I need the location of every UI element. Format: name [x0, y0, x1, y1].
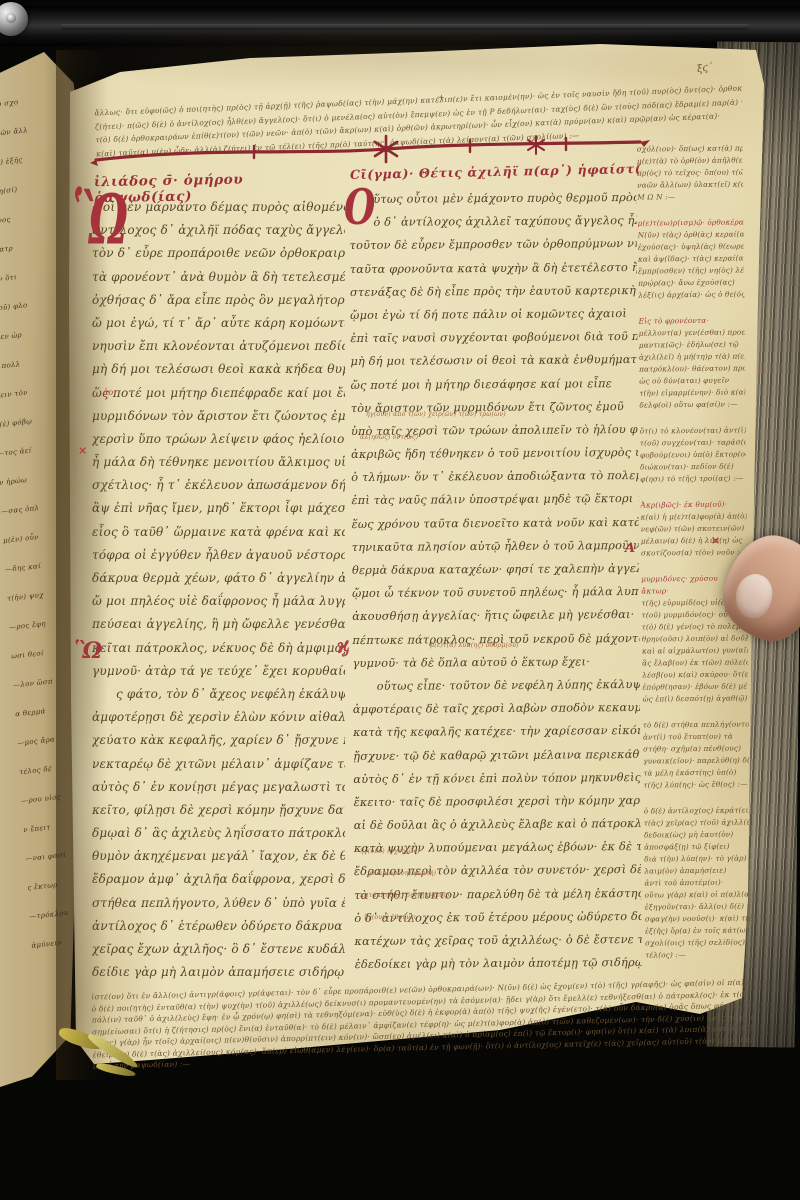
- text-line: κεῖτο, φίλῃσι δὲ χερσὶ κόμην ᾔσχυνε δαΐζ…: [92, 799, 345, 822]
- text-line: οὕτω γ(ὰρ) κ(αὶ) οἱ π(α)λ(αιοὶ): [645, 888, 751, 901]
- text-line: τὰ μέλη ἑκάστ(ης) ὑπ(ὸ): [643, 766, 749, 779]
- text-line: ἀντ(ὶ) τοῦ ἔτυπτ(ον) τὰ: [643, 730, 749, 743]
- text-line: στήθεα πεπλήγοντο, λύθεν δ᾽ ὑπὸ γυῖα ἑκά…: [92, 892, 345, 915]
- text-line: τὰ στήθη ἔτυπτον· παρελύθη δὲ τὰ μέλη ἑκ…: [354, 882, 641, 907]
- text-line: τ(ὰς) χεῖρ(ας) τ(οῦ) ἀχιλλ(έως): [644, 816, 750, 829]
- homeric-text-column: ς οἱ μὲν μάρναντο δέμας πυρὸς αἰθομένοιο…: [92, 196, 345, 984]
- text-line: ἔδραμον ἀμφ᾽ ἀχιλῆα δαΐφρονα, χερσὶ δὲ π…: [92, 868, 345, 891]
- text-line: θυμὸν ἀκηχέμεναι μεγάλ᾽ ἴαχον, ἐκ δὲ θύρ…: [92, 845, 345, 868]
- text-line: αὐτὸς δ᾽ ἐν κονίῃσι μέγας μεγαλωστὶ τανυ…: [92, 776, 345, 799]
- text-line: μαντικ(ῶς)· ἐδήλω(σε) τῷ: [639, 338, 745, 351]
- text-line: σκοτίζουσ(α) τ(ὸν) νοῦν :—: [641, 546, 747, 559]
- cradle-rail-slit: [60, 24, 750, 30]
- text-line: στήθη· σχῆμ(α) πένθ(ους): [643, 742, 749, 755]
- text-line: ὑπὸ ταῖς χερσὶ τῶν τρώων ἀπολιπεῖν τὸ ἡλ…: [351, 418, 638, 443]
- text-line: λαιμ(ὸν) ἀπαμήσ(ειε): [644, 864, 750, 877]
- text-line: μ(ε)τ(εω)ρ(ισμ)ῷ· ὀρθοκέραιρα·: [637, 216, 743, 229]
- text-line: τὸ δ(ὲ) στήθεα πεπλήγ(οντο): [643, 718, 749, 731]
- text-line: καὶ ἁψ(ῖδας)· τ(ὰς) κεραί(ας) τὸ: [638, 252, 744, 265]
- text-line: ἔδραμον περὶ τὸν ἀχιλλέα τὸν συνετόν· χε…: [354, 858, 641, 883]
- text-line: ἐξηγοῦν(ται)· ἄλλ(οι) δ(ὲ) τ(ὴν): [645, 900, 751, 913]
- text-line: τὸν δ᾽ εὗρε προπάροιθε νεῶν ὀρθοκραιράων…: [92, 242, 345, 265]
- text-line: λέσβ(ου) κ(αὶ) σκύρου· ὅτ(ε): [642, 668, 748, 681]
- text-line: [638, 300, 744, 315]
- text-line: ς φάτο, τὸν δ᾽ ἄχεος νεφέλη ἐκάλυψε μέλα…: [92, 683, 345, 706]
- text-line: ἑξ(ῆς) ὅρ(α) ἐν τοῖς κάτ(ω): [645, 924, 751, 937]
- text-line: χεῖρας ἔχων ἀχιλῆος· ὃ δ᾽ ἔστενε κυδάλιμ…: [92, 938, 345, 961]
- text-line: Μ Ω Ν :—: [637, 190, 743, 203]
- text-line: ὅτ(ι) τὸ κλονέον(ται) ἀντ(ὶ): [640, 424, 746, 437]
- text-line: κ(αὶ) ἡ μ(ε)τ(α)φορ(ὰ) ἀπ(ὸ) τ(ῶν): [641, 510, 747, 523]
- text-line: καὶ αἱ αἰχμάλωτ(οι) γυν(αῖκες): [642, 644, 748, 657]
- paraphrase-text-column: ὕτως οὗτοι μὲν ἐμάχοντο πυρὸς θερμοῦ πρὸ…: [349, 186, 641, 976]
- text-line: δείδιε γὰρ μὴ λαιμὸν ἀπαμήσειε σιδήρῳ·: [92, 961, 345, 984]
- text-line: τ(ὸ) δ(ὲ) γέν(ος) τὸ πολεμικ(όν): [642, 620, 748, 633]
- text-line: τὸν ἄριστον τῶν μυρμιδόνων ἔτι ζῶντος ἐμ…: [351, 395, 638, 420]
- text-line: κατὰ τῆς κεφαλῆς κατέχεε· τὴν χαρίεσσαν …: [353, 719, 640, 744]
- text-line: τηνικαῦτα πλησίον αὐτῷ ἦλθεν ὁ τοῦ λαμπρ…: [352, 534, 639, 559]
- text-line: διώκον(ται)· πεδίον δ(έ): [640, 460, 746, 473]
- text-line: νεφ(ῶν) τ(ῶν) σκοτειν(ῶν): [641, 522, 747, 535]
- text-line: ὁ δ(ὲ) ἀντίλοχ(ος) ἐκράτ(ει): [644, 804, 750, 817]
- text-line: τ(οῦ) συγχέον(ται)· ταράσ(σονται): [640, 436, 746, 449]
- text-line: μὴ δή μοι τελέσωσιν οἱ θεοὶ τὰ κακὰ ἐνθυ…: [350, 348, 637, 373]
- text-line: τ(ὴν) εἱμαρμ(ένην)· διὸ κ(αὶ): [639, 386, 745, 399]
- text-line: ὡς ἐπ(ὶ) δεσπότ(ῃ) ἀγαθ(ῷ) :—: [642, 692, 748, 705]
- text-line: κατέχων τὰς χεῖρας τοῦ ἀχιλλέως· ὁ δὲ ἔσ…: [354, 928, 641, 953]
- text-line: μυρμιδόνων τὸν ἄριστον ἔτι ζώοντος ἐμεῖο: [92, 405, 345, 428]
- text-line: γυναικ(εῖον)· παρελύθ(η) δ(ὲ): [643, 754, 749, 767]
- text-line: μὴ δή μοι τελέσωσι θεοὶ κακὰ κήδεα θυμῷ·: [92, 358, 345, 381]
- text-line: δάκρυα θερμὰ χέων, φάτο δ᾽ ἀγγελίην ἀλεγ…: [92, 567, 345, 590]
- manuscript-photo-scene: —ων τὸ σχοκ(αὶ) τῶν ἄλλ—θ(εν) ἑξῆςται φη…: [0, 0, 800, 1200]
- text-line: πέπτωκε πάτροκλος· περὶ τοῦ νεκροῦ δὲ μά…: [352, 627, 639, 652]
- text-line: γυμνοῦ· ἀτὰρ τά γε τεύχε᾽ ἔχει κορυθαίολ…: [92, 660, 345, 683]
- text-line: θερμὰ δάκρυα καταχέων· φησί τε χαλεπὴν ἀ…: [352, 557, 639, 582]
- text-line: ἦ μάλα δὴ τέθνηκε μενοιτίου ἄλκιμος υἱὸς: [92, 451, 345, 474]
- text-line: Ν(ῦν) τ(ὰς) ὀρθ(ὰς) κεραί(ας): [638, 228, 744, 241]
- text-line: τοῦτον δὲ εὗρεν ἔμπροσθεν τῶν ὀρθοπρύμνω…: [350, 232, 637, 257]
- text-line: ὤ μοι πηλέος υἱὲ δαΐφρονος ἦ μάλα λυγρῆς: [92, 590, 345, 613]
- text-line: ᾤμοι ἐγὼ τί δή ποτε πάλιν οἱ κομῶντες ἀχ…: [350, 302, 637, 327]
- text-line: ὁ τλήμων· ὅν τ᾽ ἐκέλευον ἀποδιώξαντα τὸ …: [351, 464, 638, 489]
- text-line: ἃς ἔλαβ(ον) ἐκ τ(ῶν) πόλε(ων): [642, 656, 748, 669]
- text-line: αἱ δὲ δοῦλαι ἃς ὁ ἀχιλλεὺς ἔλαβε καὶ ὁ π…: [354, 812, 641, 837]
- text-line: ταῦτα φρονοῦντα κατὰ ψυχὴν ἃ δὴ ἐτετέλεσ…: [350, 256, 637, 281]
- text-line: ἀντὶ τοῦ ἀποτέμ(οι)·: [644, 876, 750, 889]
- text-line: [637, 202, 743, 217]
- text-line: ἕως χρόνου ταῦτα διενοεῖτο κατὰ νοῦν καὶ…: [352, 511, 639, 536]
- text-line: ὡς οὐ δύν(αται) φυγεῖν: [639, 374, 745, 387]
- text-line: ναῶν ἄλλ(ων) ὑλακτ(εῖ) κ(αὶ): [637, 178, 743, 191]
- text-line: ἐπὶ ταῖς ναυσὶ συγχέονται φοβούμενοι διὰ…: [350, 325, 637, 350]
- text-line: [640, 484, 746, 499]
- text-line: τόφρα οἱ ἐγγύθεν ἦλθεν ἀγαυοῦ νέστορος υ…: [92, 544, 345, 567]
- text-line: ὕτως οὗτοι μὲν ἐμάχοντο πυρὸς θερμοῦ πρὸ…: [349, 186, 636, 211]
- cradle-knob-bolt-icon: [6, 13, 16, 23]
- text-line: ἐδεδοίκει γὰρ μὴ τὸν λαιμὸν ἀποτέμῃ τῷ σ…: [355, 951, 642, 976]
- text-line: τὰ φρονέοντ᾽ ἀνὰ θυμὸν ἃ δὴ τετελεσμένα …: [92, 266, 345, 289]
- text-line: φ(ησι) τὸ τ(ῆς) τροί(ας) :—: [640, 472, 746, 485]
- text-line: ἐπὶ τὰς ναῦς πάλιν ὑποστρέψαι μηδὲ τῷ ἕκ…: [351, 487, 638, 512]
- text-line: δεδοικ(ὼς) μὴ ἑαυτ(ὸν): [644, 828, 750, 841]
- text-line: ἀποσφάξ(ῃ) τῷ ξίφ(ει): [644, 840, 750, 853]
- text-line: ὁ δ᾽ ἀντίλοχος ἀχιλλεῖ ταχύπους ἄγγελος …: [349, 209, 636, 234]
- text-line: σχολί(οις) τ(ῆς) σελίδ(ος): [645, 936, 751, 949]
- text-line: ᾤμοι ὦ τέκνον τοῦ συνετοῦ πηλέως· ἦ μάλα…: [352, 580, 639, 605]
- text-line: στενάξας δὲ δὴ εἶπε πρὸς τὴν ἑαυτοῦ καρτ…: [350, 279, 637, 304]
- text-line: κεῖται πάτροκλος, νέκυος δὲ δὴ ἀμφιμάχον…: [92, 637, 345, 660]
- text-line: ἀχιλ(λεῖ) ἡ μή(τη)ρ τ(ὰ) π(ε)ρ(ὶ) τ(οῦ): [639, 350, 745, 363]
- text-line: πατρόκλ(ου)· θά(νατον) προλέγ(ουσα): [639, 362, 745, 375]
- text-line: ᾔσχυνε· τῷ δὲ καθαρῷ χιτῶνι μέλαινα περι…: [353, 742, 640, 767]
- text-line: πεύσεαι ἀγγελίης, ἣ μὴ ὤφελλε γενέσθαι·: [92, 613, 345, 636]
- text-line: ἀντίλοχος δ᾽ ἑτέρωθεν ὀδύρετο δάκρυα λεί…: [92, 915, 345, 938]
- text-line: ς οἱ μὲν μάρναντο δέμας πυρὸς αἰθομένοιο…: [92, 196, 345, 219]
- text-line: ἀντίλοχος δ᾽ ἀχιλῆϊ πόδας ταχὺς ἄγγελος …: [92, 219, 345, 242]
- text-line: σχόλ(ιον)· ὅπ(ως) κατ(ὰ) πρ(ᾶξιν): [637, 142, 743, 155]
- right-margin-scholia: σχόλ(ιον)· ὅπ(ως) κατ(ὰ) πρ(ᾶξιν)μ(ε)τ(ὰ…: [637, 142, 752, 961]
- text-line: κατὰ ψυχὴν λυπούμεναι μεγάλως ἐβόων· ἐκ …: [354, 835, 641, 860]
- text-line: ὥς ποτέ μοι ἡ μήτηρ διεσάφησε καί μοι εἶ…: [351, 372, 638, 397]
- text-line: ἀμφοτέρῃσι δὲ χερσὶν ἑλὼν κόνιν αἰθαλόεσ…: [92, 706, 345, 729]
- text-line: πρ(ὸς) τὸ τεῖχος· ὅπ(ου) τ(ῶν): [637, 166, 743, 179]
- text-line: λέξ(ις) ἀρχ(αία)· ὡς ὁ θε(ός): [638, 288, 744, 301]
- text-line: ὤ μοι ἐγώ, τί τ᾽ ἄρ᾽ αὖτε κάρη κομόωντες…: [92, 312, 345, 335]
- text-line: νεκταρέῳ δὲ χιτῶνι μέλαιν᾽ ἀμφίζανε τέφρ…: [92, 753, 345, 776]
- text-line: ἔμπρ(οσθεν) τ(ῆς) νη(ὸς) λέγ(ουσι): [638, 264, 744, 277]
- text-line: ἂψ ἐπὶ νῆας ἴμεν, μηδ᾽ ἕκτορι ἶφι μάχεσθ…: [92, 497, 345, 520]
- text-line: δελφ(οὶ) οὕτω φα(σί)ν :—: [639, 398, 745, 411]
- text-line: χερσὶν ὕπο τρώων λείψειν φάος ἠελίοιο·: [92, 428, 345, 451]
- text-line: τέλ(ος) :—: [645, 948, 751, 961]
- text-line: σφαγ(ὴν) νοοῦσ(ι)· κ(αὶ) τ(ὰ): [645, 912, 751, 925]
- text-line: ὥς ποτέ μοι μήτηρ διεπέφραδε καί μοι ἔει…: [92, 382, 345, 405]
- text-line: μέλαιν(α) δ(ὲ) ἡ λύπ(η) ὡς: [641, 534, 747, 547]
- text-line: ὀχθήσας δ᾽ ἄρα εἶπε πρὸς ὃν μεγαλήτορα θ…: [92, 289, 345, 312]
- text-line: [643, 704, 749, 719]
- text-line: φοβούμ(ενοι) ὑπ(ὸ) ἕκτορ(ος): [640, 448, 746, 461]
- text-line: ἐχούσ(ας)· ὑψηλ(ὰς) θ(εωρεῖ) πρ(ός): [638, 240, 744, 253]
- text-line: αὐτὸς δ᾽ ἐν τῇ κόνει ἐπὶ πολὺν τόπον μηκ…: [353, 766, 640, 791]
- text-line: μ(ε)τ(ὰ) τὸ ὀρθ(ὸν) ἀπῆλθ(ε): [637, 154, 743, 167]
- text-line: χεύατο κὰκ κεφαλῆς, χαρίεν δ᾽ ᾔσχυνε πρό…: [92, 729, 345, 752]
- text-line: τ(ῆς) λύπ(ης)· ὡς ἔθ(ος) :—: [643, 778, 749, 791]
- text-line: Εἰς τὸ φρονέοντα·: [639, 314, 745, 327]
- text-line: εἷος ὃ ταῦθ᾽ ὥρμαινε κατὰ φρένα καὶ κατὰ…: [92, 521, 345, 544]
- text-line: ἐπόρθ(ησαν)· ἐβόων δ(ὲ) μέγ(α): [642, 680, 748, 693]
- text-line: ἀκουσθήσῃ ἀγγελίας· ἥτις ὤφειλε μὴ γενέσ…: [352, 603, 639, 628]
- text-line: νηυσὶν ἔπι κλονέονται ἀτυζόμενοι πεδίοιο…: [92, 335, 345, 358]
- text-line: ὁ δ᾽ ἀντίλοχος ἐκ τοῦ ἑτέρου μέρους ὠδύρ…: [354, 905, 641, 930]
- text-line: ἀμφοτέραις δὲ ταῖς χερσὶ λαβὼν σποδὸν κε…: [353, 696, 640, 721]
- text-line: πρῴρ(ας)· ἄνω ἐχούσ(ας): [638, 276, 744, 289]
- text-line: σχέτλιος· ἦ τ᾽ ἐκέλευον ἀπωσάμενον δήϊον…: [92, 474, 345, 497]
- text-line: ἔκειτο· ταῖς δὲ προσφιλέσι χερσὶ τὴν κόμ…: [353, 789, 640, 814]
- text-line: μέλλοντ(α) γεν(έσθαι) προεῖδ(ε): [639, 326, 745, 339]
- text-line: οὕτως εἶπε· τοῦτον δὲ νεφέλη λύπης ἐκάλυ…: [353, 673, 640, 698]
- text-line: [644, 790, 750, 805]
- text-line: Ἀκρ(ιβῶς)· ἐκ θυμ(οῦ)·: [640, 498, 746, 511]
- text-line: δμῳαὶ δ᾽ ἃς ἀχιλεὺς ληΐσσατο πάτροκλός τ…: [92, 822, 345, 845]
- text-line: διὰ τ(ὴν) λύπ(ην)· τὸ γ(ὰρ): [644, 852, 750, 865]
- text-line: [640, 410, 746, 425]
- text-line: θρην(οῦσι) λοιπ(ὸν) αἱ δοῦλ(αι): [642, 632, 748, 645]
- text-line: γυμνοῦ· τὰ δὲ ὅπλα αὐτοῦ ὁ ἕκτωρ ἔχει·: [352, 650, 639, 675]
- bottom-margin-scholia: ἰστέ(ον) ὅτι ἐν ἄλλ(οις) ἀντιγρ(άφοις) γ…: [91, 977, 753, 1072]
- text-line: ἀκριβῶς ἤδη τέθνηκεν ὁ τοῦ μενοιτίου ἰσχ…: [351, 441, 638, 466]
